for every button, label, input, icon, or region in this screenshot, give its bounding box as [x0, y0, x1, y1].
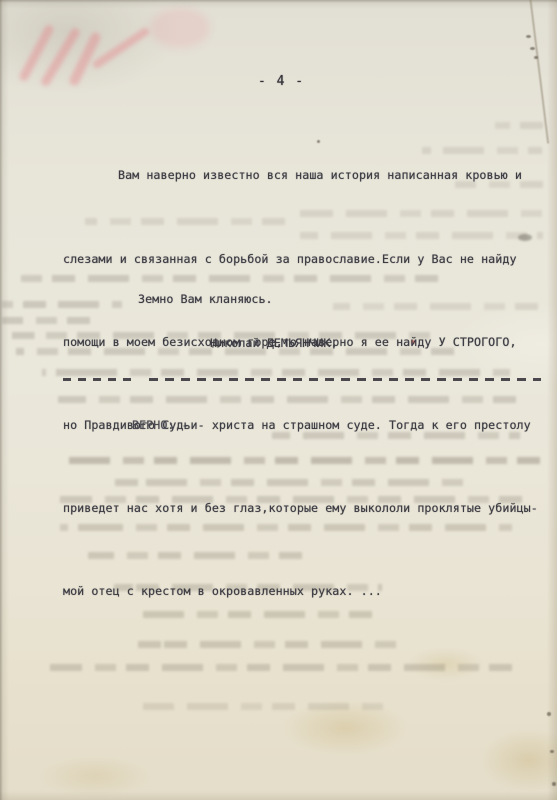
- scanned-letter-page: - 4 - Вам наверно известно вся наша исто…: [0, 0, 557, 800]
- body-line: приведет нас хотя и без глаз,которые ему…: [63, 495, 555, 523]
- paper-speck: [552, 782, 556, 786]
- paper-speck: [550, 750, 554, 753]
- separator-dashed-left: [63, 378, 135, 381]
- signature-name: Николай ДЕМЬЯНЧИК.: [210, 330, 338, 358]
- paper-speck: [530, 47, 535, 50]
- separator-dashed-right: [149, 378, 541, 381]
- red-pencil-haze: [150, 8, 210, 48]
- page-number: - 4 -: [258, 68, 305, 96]
- paper-speck: [547, 712, 551, 716]
- certification-mark: ВЕРНО:.-: [132, 412, 189, 440]
- red-pencil-scribble: [91, 26, 150, 70]
- paper-speck: [534, 56, 538, 59]
- letter-body: Вам наверно известно вся наша история на…: [63, 107, 555, 661]
- ink-bleed-through-line: [50, 664, 512, 671]
- paper-speck: [526, 35, 531, 38]
- body-line: слезами и связанная с борьбой за правосл…: [63, 246, 555, 274]
- body-line: Вам наверно известно вся наша история на…: [63, 162, 555, 190]
- body-line: мой отец с крестом в окровавленных руках…: [63, 578, 555, 606]
- separator-dashed: [0, 378, 557, 382]
- salutation: Земно Вам кланяюсь.: [138, 286, 273, 314]
- ink-bleed-through-line: [140, 703, 390, 710]
